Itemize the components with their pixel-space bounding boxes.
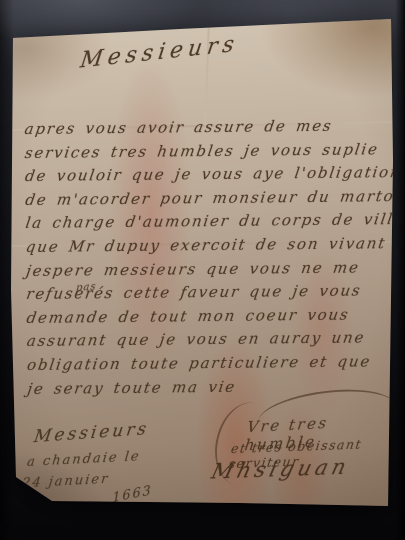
salutation: Messieurs [79,31,241,73]
body-line-11: obligation toute particuliere et que [25,350,396,377]
inserted-word: pas [75,281,97,294]
footer-year: 1663 [112,483,153,506]
photo-of-letter: Messieurs apres vous avoir assure de mes… [0,0,405,540]
paper-shadow: Messieurs apres vous avoir assure de mes… [0,0,405,540]
body-line-12: je seray toute ma vie [26,374,397,401]
body-line-1: apres vous avoir assure de mes [23,114,394,141]
body-line-3: de vouloir que je vous aye l'obligation [23,161,394,188]
letter-paper: Messieurs apres vous avoir assure de mes… [0,0,405,540]
footer-place: a chandaie le [26,449,141,470]
body-line-6: que Mr dupuy exercoit de son vivant [24,232,395,259]
footer-address: Messieurs [33,419,151,447]
letter-body: apres vous avoir assure de mes services … [25,114,396,401]
footer-date: 24 januier [21,472,110,492]
signature: Mhsiguan [209,454,353,483]
